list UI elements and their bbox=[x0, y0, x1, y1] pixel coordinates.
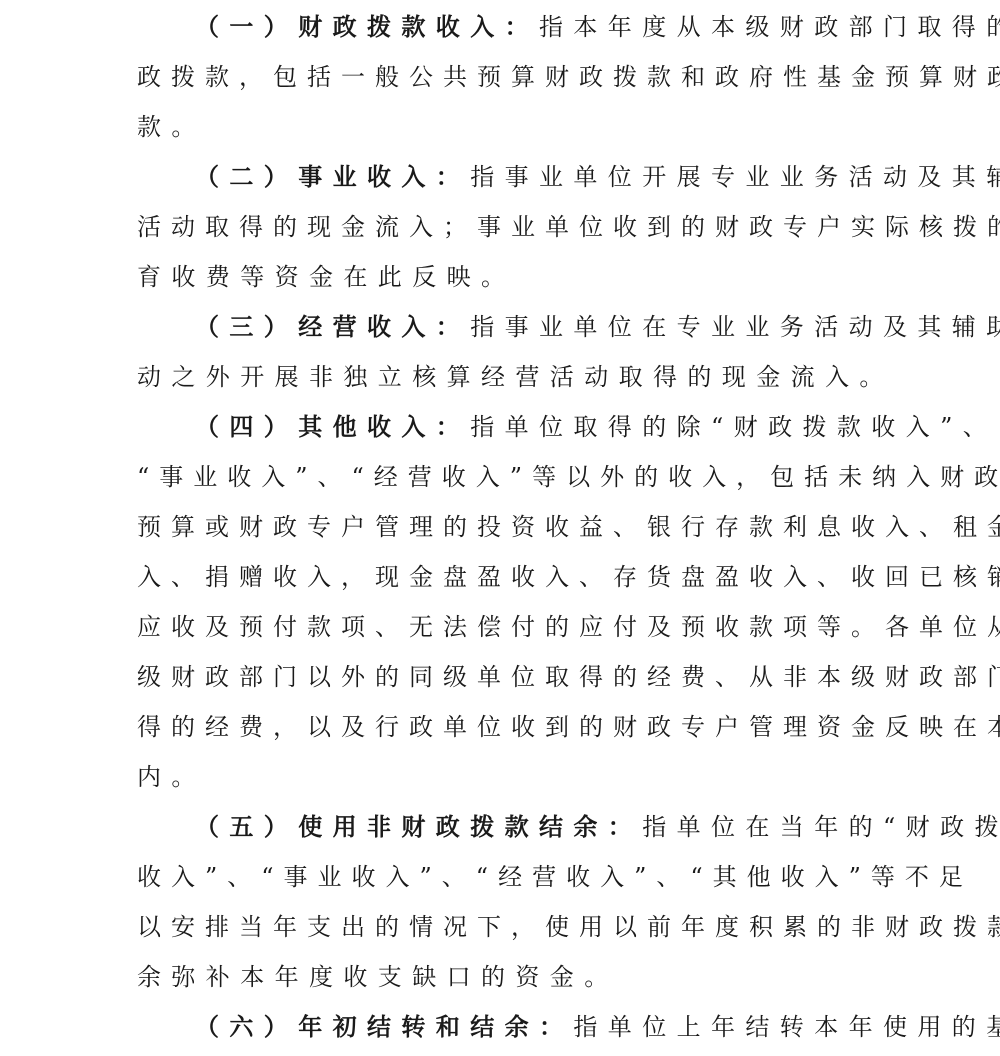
paragraph-line: 以安排当年支出的情况下，使用以前年度积累的非财政拨款结 bbox=[137, 902, 877, 952]
paragraph-line: 款。 bbox=[137, 102, 877, 152]
paragraph-line: （一）财政拨款收入：指本年度从本级财政部门取得的财 bbox=[137, 2, 877, 52]
paragraph-text: 指单位上年结转本年使用的基本 bbox=[573, 1013, 1000, 1041]
paragraph-business-income: （二）事业收入：指事业单位开展专业业务活动及其辅助 活动取得的现金流入；事业单位… bbox=[137, 152, 877, 302]
paragraph-line: （三）经营收入：指事业单位在专业业务活动及其辅助活 bbox=[137, 302, 877, 352]
paragraph-heading: （五）使用非财政拨款结余： bbox=[195, 812, 642, 841]
paragraph-heading: （三）经营收入： bbox=[195, 312, 470, 341]
paragraph-heading: （四）其他收入： bbox=[195, 412, 470, 441]
paragraph-line: （四）其他收入：指单位取得的除“财政拨款收入”、 bbox=[137, 402, 877, 452]
paragraph-text: 指单位在当年的“财政拨款 bbox=[642, 813, 1000, 841]
paragraph-line: 活动取得的现金流入；事业单位收到的财政专户实际核拨的教 bbox=[137, 202, 877, 252]
paragraph-non-fiscal-balance-usage: （五）使用非财政拨款结余：指单位在当年的“财政拨款 收入”、“事业收入”、“经营… bbox=[137, 802, 877, 1002]
paragraph-line: 余弥补本年度收支缺口的资金。 bbox=[137, 952, 877, 1002]
paragraph-line: 得的经费，以及行政单位收到的财政专户管理资金反映在本项 bbox=[137, 702, 877, 752]
paragraph-text: 指单位取得的除“财政拨款收入”、 bbox=[470, 413, 997, 441]
paragraph-line: 应收及预付款项、无法偿付的应付及预收款项等。各单位从本 bbox=[137, 602, 877, 652]
paragraph-line: 入、捐赠收入，现金盘盈收入、存货盘盈收入、收回已核销的 bbox=[137, 552, 877, 602]
paragraph-heading: （一）财政拨款收入： bbox=[195, 12, 539, 41]
paragraph-line: 内。 bbox=[137, 752, 877, 802]
paragraph-heading: （六）年初结转和结余： bbox=[195, 1012, 573, 1041]
paragraph-operating-income: （三）经营收入：指事业单位在专业业务活动及其辅助活 动之外开展非独立核算经营活动… bbox=[137, 302, 877, 402]
paragraph-heading: （二）事业收入： bbox=[195, 162, 470, 191]
paragraph-line: 预算或财政专户管理的投资收益、银行存款利息收入、租金收 bbox=[137, 502, 877, 552]
paragraph-other-income: （四）其他收入：指单位取得的除“财政拨款收入”、 “事业收入”、“经营收入”等以… bbox=[137, 402, 877, 802]
paragraph-beginning-carryover: （六）年初结转和结余：指单位上年结转本年使用的基本 bbox=[137, 1002, 877, 1052]
paragraph-line: 政拨款，包括一般公共预算财政拨款和政府性基金预算财政拨 bbox=[137, 52, 877, 102]
paragraph-fiscal-appropriation-income: （一）财政拨款收入：指本年度从本级财政部门取得的财 政拨款，包括一般公共预算财政… bbox=[137, 2, 877, 152]
paragraph-line: “事业收入”、“经营收入”等以外的收入，包括未纳入财政 bbox=[137, 452, 877, 502]
paragraph-line: 级财政部门以外的同级单位取得的经费、从非本级财政部门取 bbox=[137, 652, 877, 702]
paragraph-line: （二）事业收入：指事业单位开展专业业务活动及其辅助 bbox=[137, 152, 877, 202]
paragraph-line: （五）使用非财政拨款结余：指单位在当年的“财政拨款 bbox=[137, 802, 877, 852]
paragraph-text: 指本年度从本级财政部门取得的财 bbox=[539, 13, 1000, 41]
paragraph-line: 育收费等资金在此反映。 bbox=[137, 252, 877, 302]
paragraph-line: 收入”、“事业收入”、“经营收入”、“其他收入”等不足 bbox=[137, 852, 877, 902]
paragraph-line: 动之外开展非独立核算经营活动取得的现金流入。 bbox=[137, 352, 877, 402]
paragraph-line: （六）年初结转和结余：指单位上年结转本年使用的基本 bbox=[137, 1002, 877, 1052]
paragraph-text: 指事业单位开展专业业务活动及其辅助 bbox=[470, 163, 1000, 191]
document-page: （一）财政拨款收入：指本年度从本级财政部门取得的财 政拨款，包括一般公共预算财政… bbox=[137, 2, 877, 1052]
paragraph-text: 指事业单位在专业业务活动及其辅助活 bbox=[470, 313, 1000, 341]
